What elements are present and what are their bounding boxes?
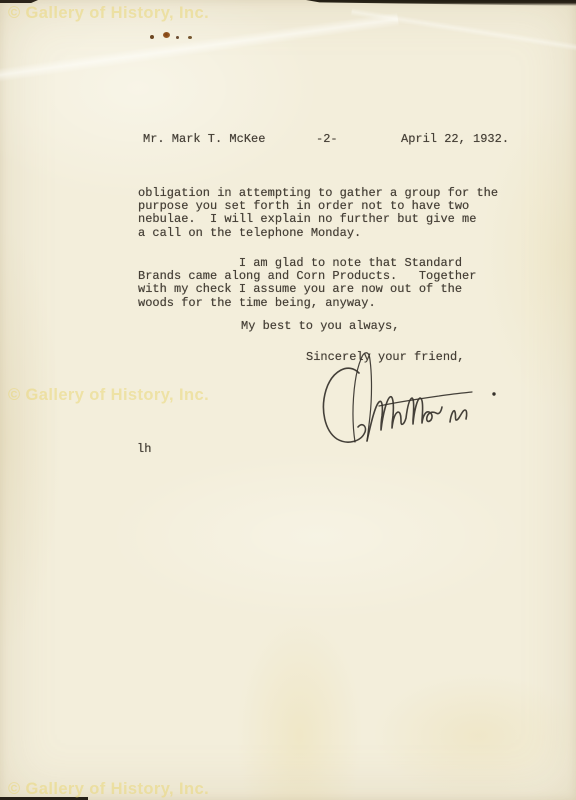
letter-recipient: Mr. Mark T. McKee (143, 133, 265, 146)
paragraph-2: I am glad to note that Standard Brands c… (138, 257, 476, 310)
rust-spot (188, 36, 192, 39)
letter-date: April 22, 1932. (401, 133, 509, 146)
rust-spot (150, 35, 154, 39)
rust-spot (163, 32, 170, 38)
handwritten-signature (318, 342, 518, 452)
scanned-letter-page: © Gallery of History, Inc. © Gallery of … (0, 0, 576, 800)
paragraph-1: obligation in attempting to gather a gro… (138, 187, 498, 240)
regards-line: My best to you always, (241, 320, 399, 333)
rust-spot (176, 36, 179, 39)
page-number: -2- (316, 133, 338, 146)
typist-initials: lh (137, 443, 151, 456)
